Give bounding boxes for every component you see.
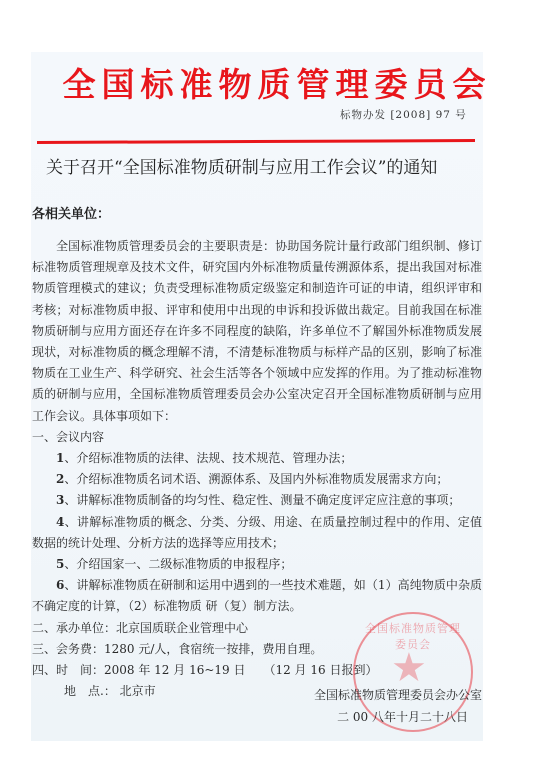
issue-date: 二 00 八年十月二十八日 <box>312 706 482 728</box>
notice-title: 关于召开“全国标准物质研制与应用工作会议”的通知 <box>46 156 486 180</box>
item-text: 、介绍国家一、二级标准物质的申报程序； <box>64 557 292 571</box>
list-item: 2、介绍标准物质名词术语、溯源体系、及国内外标准物质发展需求方向； <box>32 469 482 490</box>
issuer-name: 全国标准物质管理委员会办公室 <box>312 684 482 706</box>
item-text: 、讲解标准物质在研制和运用中遇到的一些技术难题，如（1）高纯物质中杂质不确定度的… <box>32 578 482 613</box>
signature-block: 全国标准物质管理委员会办公室 二 00 八年十月二十八日 <box>312 684 482 728</box>
document-number: 标物办发 [2008] 97 号 <box>340 107 490 122</box>
list-item: 5、介绍国家一、二级标准物质的申报程序； <box>32 554 482 575</box>
list-item: 1、介绍标准物质的法律、法规、技术规范、管理办法； <box>32 448 482 469</box>
intro-paragraph: 全国标准物质管理委员会的主要职责是：协助国务院计量行政部门组织制、修订标准物质管… <box>32 236 482 427</box>
organization-letterhead: 全国标准物质管理委员会 <box>0 65 554 105</box>
item-text: 、讲解标准物质的概念、分类、分级、用途、在质量控制过程中的作用、定值数据的统计处… <box>32 515 482 550</box>
item-text: 、介绍标准物质的法律、法规、技术规范、管理办法； <box>64 451 352 465</box>
section-heading-meeting-content: 一、会议内容 <box>32 427 482 448</box>
item-text: 、讲解标准物质制备的均匀性、稳定性、测量不确定度评定应注意的事项； <box>64 493 460 507</box>
list-item: 3、讲解标准物质制备的均匀性、稳定性、测量不确定度评定应注意的事项； <box>32 490 482 511</box>
notice-body: 全国标准物质管理委员会的主要职责是：协助国务院计量行政部门组织制、修订标准物质管… <box>32 236 482 702</box>
salutation: 各相关单位： <box>32 203 110 222</box>
organizer-line: 二、承办单位：北京国质联企业管理中心 <box>32 618 482 639</box>
time-line: 四、时 间：2008 年 12 月 16~19 日 （12 月 16 日报到） <box>32 660 482 681</box>
list-item: 4、讲解标准物质的概念、分类、分级、用途、在质量控制过程中的作用、定值数据的统计… <box>32 512 482 554</box>
fee-line: 三、会务费：1280 元/人，食宿统一按排，费用自理。 <box>32 639 482 660</box>
item-text: 、介绍标准物质名词术语、溯源体系、及国内外标准物质发展需求方向； <box>64 472 448 486</box>
list-item: 6、讲解标准物质在研制和运用中遇到的一些技术难题，如（1）高纯物质中杂质不确定度… <box>32 575 482 617</box>
